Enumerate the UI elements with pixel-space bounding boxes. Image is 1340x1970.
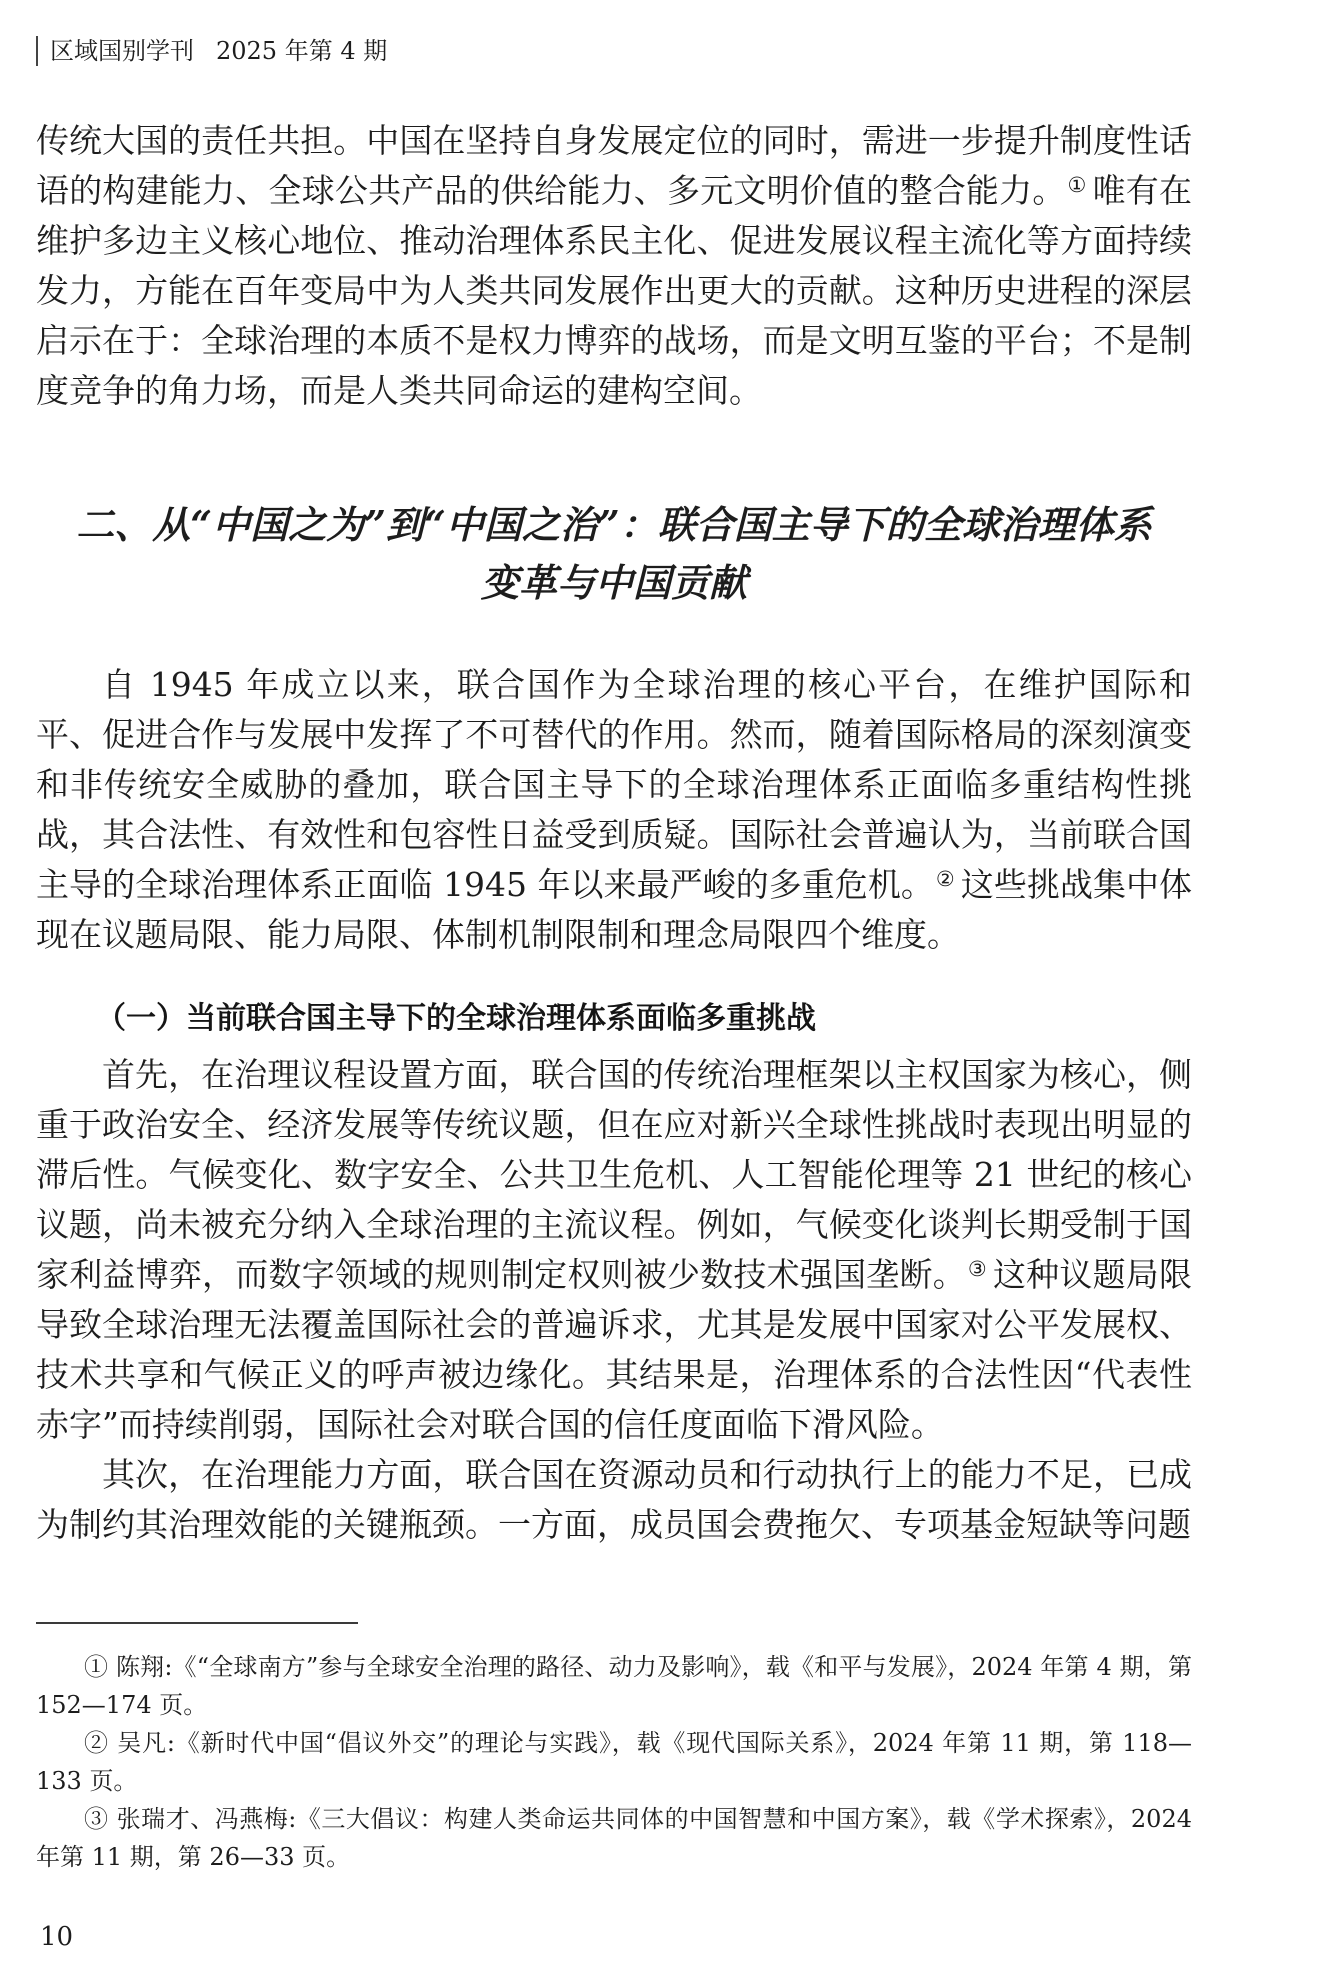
paragraph-agenda-limits: 首先，在治理议程设置方面，联合国的传统治理框架以主权国家为核心，侧重于政治安全、… bbox=[36, 1050, 1192, 1450]
footnote-ref-3: ③ bbox=[968, 1257, 987, 1281]
footnote-item-2: ② 吴凡:《新时代中国“倡议外交”的理论与实践》，载《现代国际关系》，2024 … bbox=[36, 1724, 1192, 1800]
paragraph-capacity-limits: 其次，在治理能力方面，联合国在资源动员和行动执行上的能力不足，已成为制约其治理效… bbox=[36, 1450, 1192, 1550]
section-heading-line-2: 变革与中国贡献 bbox=[36, 554, 1192, 612]
footnote-list: ① 陈翔:《“全球南方”参与全球安全治理的路径、动力及影响》，载《和平与发展》，… bbox=[36, 1624, 1192, 1876]
journal-title: 区域国别学刊 bbox=[50, 36, 194, 66]
footnote-ref-2: ② bbox=[936, 867, 955, 891]
subsection-heading: （一）当前联合国主导下的全球治理体系面临多重挑战 bbox=[36, 996, 1192, 1042]
footnote-item-3: ③ 张瑞才、冯燕梅:《三大倡议：构建人类命运共同体的中国智慧和中国方案》，载《学… bbox=[36, 1800, 1192, 1876]
paragraph-continuation: 传统大国的责任共担。中国在坚持自身发展定位的同时，需进一步提升制度性话语的构建能… bbox=[36, 116, 1192, 416]
journal-page: 区域国别学刊 2025 年第 4 期 传统大国的责任共担。中国在坚持自身发展定位… bbox=[0, 0, 1340, 1970]
header-rule-bar bbox=[36, 36, 38, 66]
footnote-item-1: ① 陈翔:《“全球南方”参与全球安全治理的路径、动力及影响》，载《和平与发展》，… bbox=[36, 1648, 1192, 1724]
section-heading-line-1: 二、从“中国之为”到“中国之治”：联合国主导下的全球治理体系 bbox=[36, 496, 1192, 554]
footnote-area: ① 陈翔:《“全球南方”参与全球安全治理的路径、动力及影响》，载《和平与发展》，… bbox=[36, 1622, 1192, 1876]
paragraph-text: 传统大国的责任共担。中国在坚持自身发展定位的同时，需进一步提升制度性话语的构建能… bbox=[36, 121, 1192, 210]
paragraph-un-founding: 自 1945 年成立以来，联合国作为全球治理的核心平台，在维护国际和平、促进合作… bbox=[36, 660, 1192, 960]
running-head: 区域国别学刊 2025 年第 4 期 bbox=[36, 36, 1192, 66]
page-number: 10 bbox=[40, 1920, 73, 1954]
journal-issue: 2025 年第 4 期 bbox=[216, 36, 387, 66]
footnote-ref-1: ① bbox=[1068, 173, 1087, 197]
section-heading: 二、从“中国之为”到“中国之治”：联合国主导下的全球治理体系 变革与中国贡献 bbox=[36, 496, 1192, 612]
